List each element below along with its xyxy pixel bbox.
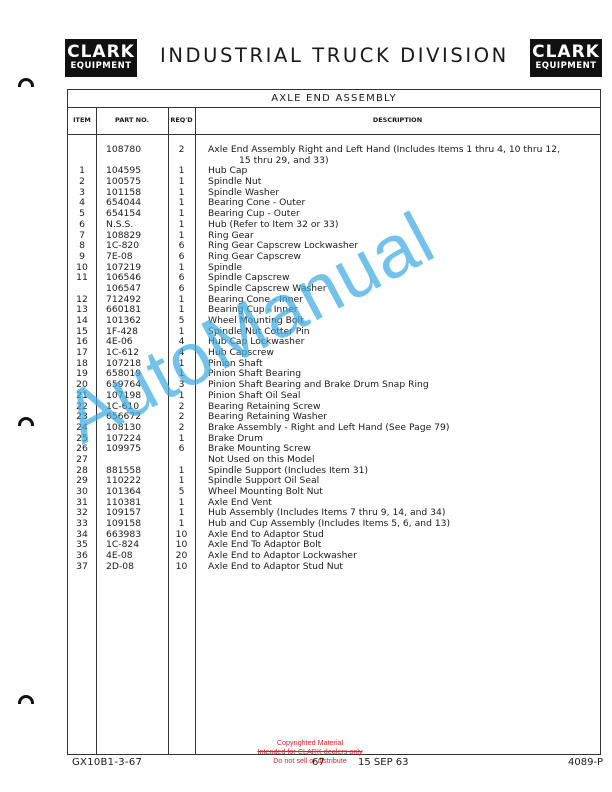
table-row: 3466398310Axle End to Adaptor Stud: [68, 530, 600, 541]
description-cell: Hub (Refer to Item 32 or 33): [208, 220, 338, 231]
logo-text: CLARK: [532, 44, 600, 61]
table-row: 97E-086Ring Gear Capscrew: [68, 252, 600, 263]
item-cell: 9: [68, 252, 96, 263]
table-row: 211071981Pinion Shaft Oil Seal: [68, 391, 600, 402]
table-row: 261099756Brake Mounting Screw: [68, 444, 600, 455]
item-cell: 37: [68, 562, 96, 573]
table-row: 301013645Wheel Mounting Bolt Nut: [68, 487, 600, 498]
item-cell: 24: [68, 423, 96, 434]
form-code: 4089-P: [568, 757, 603, 768]
table-row: 111065466Spindle Capscrew: [68, 273, 600, 284]
part-number-cell: 107198: [106, 391, 141, 402]
quantity-cell: 2: [168, 145, 195, 156]
clark-logo-left: CLARK EQUIPMENT: [65, 39, 137, 77]
part-number-cell: N.S.S.: [106, 220, 133, 231]
table-row: 171C-6124Hub Capscrew: [68, 348, 600, 359]
table-row: 11045951Hub Cap: [68, 166, 600, 177]
table-row: 288815581Spindle Support (Includes Item …: [68, 466, 600, 477]
part-number-cell: 109975: [106, 444, 141, 455]
copyright-line: Copyrighted Material: [245, 738, 375, 747]
column-header-description: DESCRIPTION: [195, 107, 600, 135]
part-number-cell: 108780: [106, 145, 141, 156]
table-row: 251072241Brake Drum: [68, 434, 600, 445]
parts-table: AXLE END ASSEMBLY ITEM PART NO. REQ'D DE…: [67, 89, 601, 755]
table-row: 81C-8206Ring Gear Capscrew Lockwasher: [68, 241, 600, 252]
quantity-cell: 6: [168, 252, 195, 263]
table-row: 331091581Hub and Cup Assembly (Includes …: [68, 519, 600, 530]
clark-logo-right: CLARK EQUIPMENT: [530, 39, 602, 77]
part-number-cell: 2D-08: [106, 562, 134, 573]
column-header-reqd: REQ'D: [168, 107, 195, 135]
quantity-cell: 1: [168, 220, 195, 231]
description-cell: Ring Gear Capscrew: [208, 252, 301, 263]
table-row: 101072191Spindle: [68, 263, 600, 274]
table-row: 291102221Spindle Support Oil Seal: [68, 476, 600, 487]
quantity-cell: 2: [168, 423, 195, 434]
copyright-line: Do not sell or distribute: [245, 756, 375, 765]
document-code: GX10B1-3-67: [72, 757, 142, 768]
table-row: 46540441Bearing Cone - Outer: [68, 198, 600, 209]
logo-text: CLARK: [67, 44, 135, 61]
table-row: 127124921Bearing Cone - Inner: [68, 295, 600, 306]
table-row: 1087802Axle End Assembly Right and Left …: [68, 145, 600, 166]
table-row: 181072181Pinion Shaft: [68, 359, 600, 370]
binder-hole-mark: [18, 417, 34, 426]
table-row: 1065476Spindle Capscrew Washer: [68, 284, 600, 295]
table-row: 206597643Pinion Shaft Bearing and Brake …: [68, 380, 600, 391]
table-body: 1087802Axle End Assembly Right and Left …: [68, 145, 600, 573]
table-row: 372D-0810Axle End to Adaptor Stud Nut: [68, 562, 600, 573]
copyright-stamp: Copyrighted Material Intended for CLARK …: [245, 738, 375, 765]
table-row: 21005751Spindle Nut: [68, 177, 600, 188]
quantity-cell: 10: [168, 562, 195, 573]
page-number: 67: [312, 757, 325, 768]
logo-subtext: EQUIPMENT: [70, 61, 131, 72]
copyright-line: Intended for CLARK dealers only: [245, 747, 375, 756]
table-row: 221C-6102Bearing Retaining Screw: [68, 402, 600, 413]
division-title: INDUSTRIAL TRUCK DIVISION: [160, 44, 520, 67]
column-header-item: ITEM: [68, 107, 96, 135]
revision-date: 15 SEP 63: [358, 757, 409, 768]
item-cell: 11: [68, 273, 96, 284]
table-row: 6N.S.S.1Hub (Refer to Item 32 or 33): [68, 220, 600, 231]
table-row: 136601811Bearing Cup - Inner: [68, 305, 600, 316]
table-row: 31011581Spindle Washer: [68, 188, 600, 199]
binder-hole-mark: [18, 695, 34, 704]
part-number-cell: 7E-08: [106, 252, 133, 263]
part-number-cell: 108130: [106, 423, 141, 434]
item-cell: 21: [68, 391, 96, 402]
description-cell: Axle End to Adaptor Stud Nut: [208, 562, 343, 573]
description-cell: Brake Assembly - Right and Left Hand (Se…: [208, 423, 449, 434]
binder-hole-mark: [18, 78, 34, 87]
description-cell: Pinion Shaft Oil Seal: [208, 391, 300, 402]
table-title: AXLE END ASSEMBLY: [68, 90, 600, 108]
table-row: 164E-064Hub Cap Lockwasher: [68, 337, 600, 348]
logo-subtext: EQUIPMENT: [535, 61, 596, 72]
quantity-cell: 1: [168, 391, 195, 402]
table-row: 241081302Brake Assembly - Right and Left…: [68, 423, 600, 434]
item-cell: 6: [68, 220, 96, 231]
quantity-cell: 6: [168, 444, 195, 455]
table-row: 151F-4281Spindle Nut Cotter Pin: [68, 327, 600, 338]
table-row: 141013625Wheel Mounting Bolt: [68, 316, 600, 327]
column-header-part-no: PART NO.: [96, 107, 168, 135]
